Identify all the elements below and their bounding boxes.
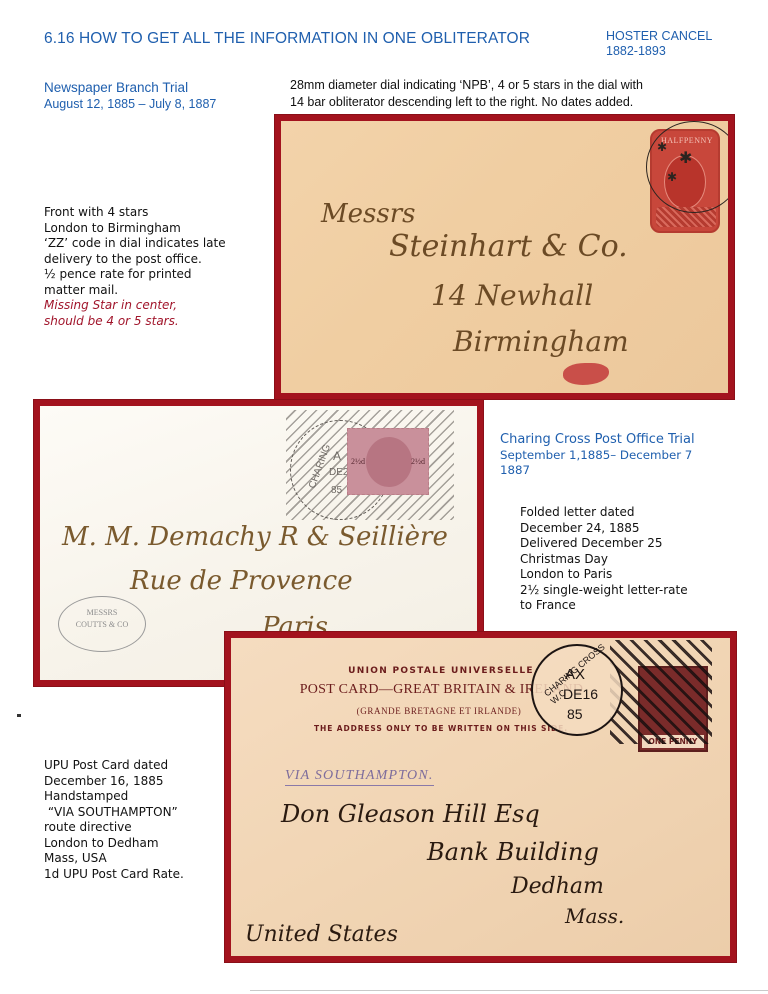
queen-portrait-icon: [366, 437, 412, 487]
dial-text: A: [333, 449, 341, 463]
upu-post-card: UNION POSTALE UNIVERSELLE POST CARD—GREA…: [231, 638, 730, 956]
note-line: December 16, 1885: [44, 774, 184, 790]
description-line: 28mm diameter dial indicating ‘NPB’, 4 o…: [290, 77, 643, 94]
note-line: 1d UPU Post Card Rate.: [44, 867, 184, 883]
cover-frame-birmingham: HALFPENNY ✱ ✱ ✱ Messrs Steinhart & Co. 1…: [275, 115, 734, 399]
section-title: Charing Cross Post Office Trial: [500, 432, 695, 448]
ink-stain: [563, 363, 609, 385]
cancel-type-name: HOSTER CANCEL: [606, 29, 712, 44]
note-line: Handstamped: [44, 789, 184, 805]
note-line: matter mail.: [44, 283, 226, 299]
note-line: 2½ single-weight letter-rate: [520, 583, 688, 599]
cancel-type-years: 1882-1893: [606, 44, 712, 59]
description-line: 14 bar obliterator descending left to th…: [290, 94, 643, 111]
address-line: M. M. Demachy R & Seillière: [62, 522, 448, 552]
obliterator-description: 28mm diameter dial indicating ‘NPB’, 4 o…: [290, 77, 643, 111]
section-dates: August 12, 1885 – July 8, 1887: [44, 96, 216, 113]
coutts-oval-handstamp: MESSRS COUTTS & CO: [58, 596, 146, 652]
dial-text: 85: [567, 706, 583, 722]
dial-text: DE16: [563, 686, 598, 702]
address-line: Don Gleason Hill Esq: [281, 800, 540, 828]
warning-line: Missing Star in center,: [44, 298, 226, 314]
upu-card-note: UPU Post Card dated December 16, 1885 Ha…: [44, 758, 184, 882]
stamp-value: 2½d: [411, 457, 425, 466]
dial-text: AX: [565, 666, 585, 683]
address-line: United States: [245, 922, 398, 947]
section-dates: 1887: [500, 463, 695, 479]
star-icon: ✱: [667, 170, 677, 184]
section-title: Newspaper Branch Trial: [44, 79, 216, 96]
address-line: Rue de Provence: [130, 566, 353, 596]
newspaper-branch-heading: Newspaper Branch Trial August 12, 1885 –…: [44, 79, 216, 113]
note-line: route directive: [44, 820, 184, 836]
star-icon: ✱: [679, 148, 692, 167]
note-line: delivery to the post office.: [44, 252, 226, 268]
page-title: 6.16 HOW TO GET ALL THE INFORMATION IN O…: [44, 30, 530, 48]
address-line: Bank Building: [427, 838, 599, 866]
warning-line: should be 4 or 5 stars.: [44, 314, 226, 330]
cover-frame-dedham: UNION POSTALE UNIVERSELLE POST CARD—GREA…: [225, 632, 736, 962]
note-line: ‘ZZ’ code in dial indicates late: [44, 236, 226, 252]
note-line: Delivered December 25: [520, 536, 688, 552]
scan-speck: [17, 714, 21, 717]
handstamp-line: COUTTS & CO: [59, 619, 145, 631]
note-line: London to Birmingham: [44, 221, 226, 237]
charing-cross-dial-cancel: CHARING CROSS W.C AX DE16 85: [531, 644, 623, 736]
two-half-pence-stamp: 2½d 2½d: [347, 428, 429, 495]
newspaper-cover-note: Front with 4 stars London to Birmingham …: [44, 205, 226, 329]
note-line: Christmas Day: [520, 552, 688, 568]
note-line: December 24, 1885: [520, 521, 688, 537]
via-southampton-handstamp: VIA SOUTHAMPTON.: [285, 768, 434, 786]
note-line: ½ pence rate for printed: [44, 267, 226, 283]
note-line: London to Paris: [520, 567, 688, 583]
paris-letter-note: Folded letter dated December 24, 1885 De…: [520, 505, 688, 614]
address-line: Steinhart & Co.: [389, 229, 628, 264]
bar-obliterator: [610, 640, 712, 744]
note-line: Front with 4 stars: [44, 205, 226, 221]
cancel-type-heading: HOSTER CANCEL 1882-1893: [606, 29, 712, 59]
address-line: Mass.: [565, 904, 624, 928]
note-line: Folded letter dated: [520, 505, 688, 521]
charing-cross-heading: Charing Cross Post Office Trial Septembe…: [500, 432, 695, 479]
scan-edge-line: [250, 990, 768, 991]
note-line: “VIA SOUTHAMPTON”: [44, 805, 184, 821]
address-line: 14 Newhall: [431, 279, 593, 312]
note-line: to France: [520, 598, 688, 614]
address-line: Dedham: [511, 874, 604, 899]
section-dates: September 1,1885– December 7: [500, 448, 695, 464]
note-line: London to Dedham: [44, 836, 184, 852]
stamp-value: 2½d: [351, 457, 365, 466]
handstamp-line: MESSRS: [59, 607, 145, 619]
star-icon: ✱: [657, 140, 667, 154]
dial-text: 85: [331, 485, 342, 496]
note-line: Mass, USA: [44, 851, 184, 867]
envelope-birmingham: HALFPENNY ✱ ✱ ✱ Messrs Steinhart & Co. 1…: [281, 121, 728, 393]
address-line: Messrs: [321, 199, 415, 229]
note-line: UPU Post Card dated: [44, 758, 184, 774]
address-line: Birmingham: [453, 325, 629, 358]
